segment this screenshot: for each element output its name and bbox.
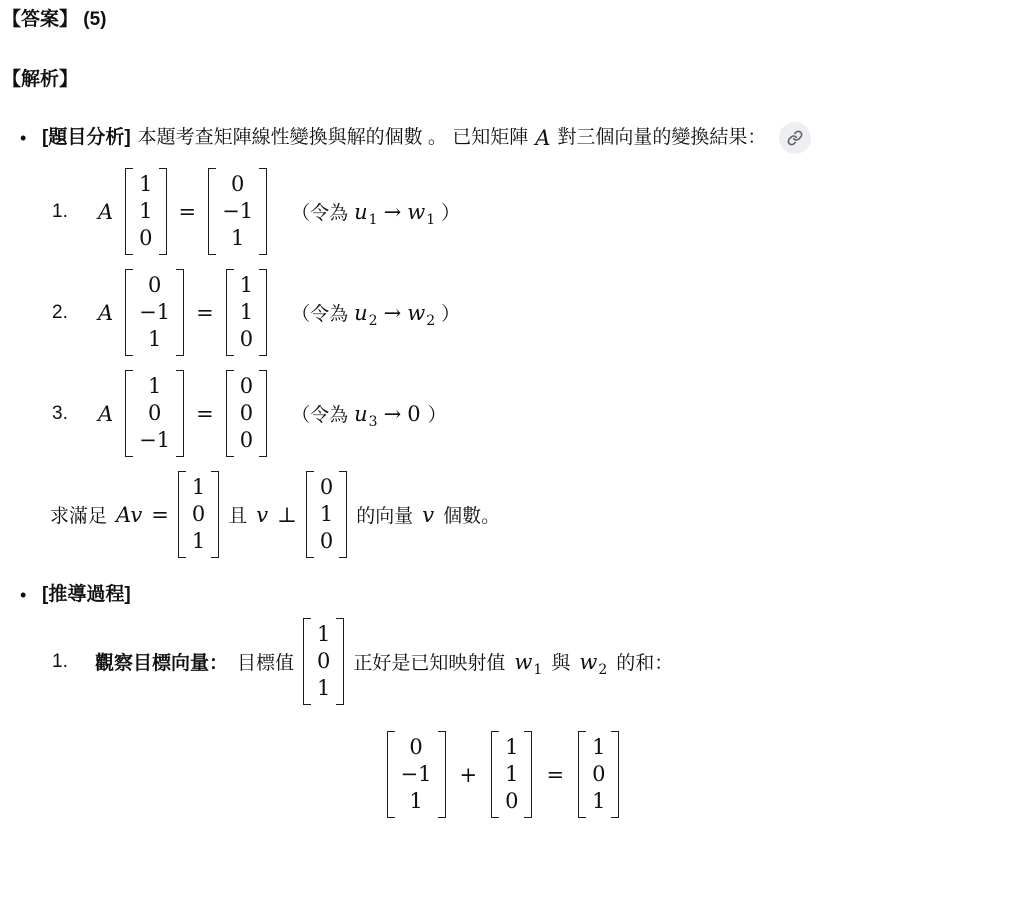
problem-text-1: 求滿足 — [50, 501, 107, 528]
vector-entry: 1 — [592, 788, 605, 815]
w2-vector: 1 1 0 — [491, 731, 532, 818]
vector-entry: 0 — [192, 501, 205, 528]
vector-entry: 0 — [240, 427, 253, 454]
vector-entry: 1 — [148, 326, 161, 353]
mapping-note: （令為 u2 → w2 ） — [291, 299, 460, 326]
vector-entry: 0 — [148, 400, 161, 427]
vector-entry: 1 — [139, 198, 152, 225]
matrix-A-var: A — [98, 200, 113, 224]
vector-entry: 0 — [320, 528, 333, 555]
right-bracket — [336, 618, 344, 705]
vector-entry: 0 — [240, 400, 253, 427]
left-bracket — [226, 269, 234, 356]
vector-entry: 1 — [231, 225, 244, 252]
right-bracket — [211, 471, 219, 558]
vector-entry: 0 — [317, 648, 330, 675]
link-icon — [787, 130, 803, 146]
left-bracket — [125, 269, 133, 356]
step-text-3: 與 — [551, 648, 570, 675]
vector-entry: 1 — [192, 474, 205, 501]
right-bracket — [176, 269, 184, 356]
vector-entry: 0 — [320, 474, 333, 501]
vector-entry: 1 — [320, 501, 333, 528]
vector-entry: 1 — [240, 272, 253, 299]
equals-sign: = — [196, 301, 214, 325]
given-equation-row-1: 1. A 1 1 0 = 0 −1 1 （令為 u1 → w1 ） — [52, 168, 1004, 255]
u-var: u2 — [354, 301, 377, 325]
vector-entry: 1 — [139, 171, 152, 198]
document: 【答案】 (5) 【解析】 • [題目分析] 本題考查矩陣線性變換與解的個數 。… — [0, 0, 1024, 818]
vector-entry: 1 — [505, 734, 518, 761]
note-close: ） — [441, 198, 460, 225]
vector-entry: −1 — [139, 299, 170, 326]
derivation-heading-line: • [推導過程] — [2, 582, 1004, 608]
analysis-heading: 【解析】 — [2, 68, 1004, 92]
derivation-step-1: 1. 觀察目標向量： 目標值 1 0 1 正好是已知映射值 w1 與 w2 的和… — [52, 618, 1004, 705]
sum-equation: 0 −1 1 + 1 1 0 = 1 0 1 — [2, 731, 1004, 818]
input-vector: 1 1 0 — [125, 168, 166, 255]
bullet-icon: • — [20, 582, 35, 608]
step-text-2: 正好是已知映射值 — [353, 648, 505, 675]
w2-var: w2 — [579, 650, 607, 674]
left-bracket — [491, 731, 499, 818]
left-bracket — [178, 471, 186, 558]
vector-entry: 0 — [592, 761, 605, 788]
w1-var: w1 — [514, 650, 542, 674]
Av-expression: Av — [116, 503, 142, 527]
vector-entry: 1 — [148, 373, 161, 400]
result-vector: 1 0 1 — [578, 731, 619, 818]
vector-entry: −1 — [401, 761, 432, 788]
matrix-A-var: A — [98, 301, 113, 325]
left-bracket — [303, 618, 311, 705]
source-link-chip[interactable] — [779, 122, 811, 154]
topic-label: [題目分析] — [42, 125, 131, 151]
right-bracket — [259, 269, 267, 356]
output-vector: 0 −1 1 — [208, 168, 267, 255]
vector-entry: 0 — [148, 272, 161, 299]
note-close: ） — [428, 400, 447, 427]
output-vector: 0 0 0 — [226, 370, 267, 457]
step-text-4: 的和： — [616, 648, 673, 675]
vector-entry: 0 — [240, 373, 253, 400]
mapping-note: （令為 u3 → 0 ） — [291, 400, 446, 427]
vector-entry: 0 — [409, 734, 422, 761]
equals-sign: = — [196, 402, 214, 426]
zero-target: 0 — [407, 402, 421, 426]
left-bracket — [226, 370, 234, 457]
w-var: w1 — [407, 200, 435, 224]
w1-vector: 0 −1 1 — [387, 731, 446, 818]
u-var: u3 — [354, 402, 377, 426]
item-number: 2. — [52, 302, 78, 324]
right-bracket — [159, 168, 167, 255]
matrix-A-var: A — [535, 125, 550, 151]
answer-heading: 【答案】 (5) — [2, 8, 1004, 32]
note-open: （令為 — [291, 400, 348, 427]
vector-entry: 0 — [231, 171, 244, 198]
arrow-icon: → — [384, 402, 402, 426]
v-var: v — [256, 503, 268, 527]
w-var: w2 — [407, 301, 435, 325]
vector-entry: 1 — [317, 675, 330, 702]
left-bracket — [387, 731, 395, 818]
target-vector: 1 0 1 — [303, 618, 344, 705]
right-bracket — [259, 168, 267, 255]
step-bold-label: 觀察目標向量： — [95, 648, 228, 675]
vector-entry: 1 — [409, 788, 422, 815]
note-close: ） — [441, 299, 460, 326]
right-bracket — [438, 731, 446, 818]
problem-text-4: 個數。 — [443, 501, 500, 528]
vector-entry: −1 — [139, 427, 170, 454]
v-var: v — [422, 503, 434, 527]
item-number: 1. — [52, 651, 78, 673]
problem-text-2: 且 — [228, 501, 247, 528]
vector-entry: 1 — [240, 299, 253, 326]
right-bracket — [259, 370, 267, 457]
right-bracket — [611, 731, 619, 818]
mapping-note: （令為 u1 → w1 ） — [291, 198, 460, 225]
input-vector: 1 0 −1 — [125, 370, 184, 457]
item-number: 1. — [52, 201, 78, 223]
topic-text-2: 對三個向量的變換結果： — [557, 125, 766, 151]
given-equation-row-3: 3. A 1 0 −1 = 0 0 0 （令為 u3 → 0 ） — [52, 370, 1004, 457]
equals-sign: = — [179, 200, 197, 224]
output-vector: 1 1 0 — [226, 269, 267, 356]
equals-sign: = — [151, 503, 169, 527]
right-bracket — [339, 471, 347, 558]
vector-entry: 0 — [240, 326, 253, 353]
vector-entry: 1 — [592, 734, 605, 761]
vector-entry: 1 — [317, 621, 330, 648]
right-bracket — [176, 370, 184, 457]
left-bracket — [125, 168, 133, 255]
derivation-label: [推導過程] — [42, 582, 131, 608]
note-open: （令為 — [291, 299, 348, 326]
topic-text-1: 本題考查矩陣線性變換與解的個數 。 已知矩陣 — [138, 125, 529, 151]
problem-statement: 求滿足 Av = 1 0 1 且 v ⊥ 0 1 0 的向量 v 個數。 — [50, 471, 1004, 558]
topic-analysis-line: • [題目分析] 本題考查矩陣線性變換與解的個數 。 已知矩陣 A 對三個向量的… — [2, 122, 1004, 154]
left-bracket — [125, 370, 133, 457]
matrix-A-var: A — [98, 402, 113, 426]
vector-entry: −1 — [222, 198, 253, 225]
vector-entry: 0 — [139, 225, 152, 252]
vector-entry: 1 — [505, 761, 518, 788]
vector-entry: 1 — [192, 528, 205, 555]
perpendicular-icon: ⊥ — [277, 503, 297, 527]
plus-sign: + — [460, 763, 478, 787]
problem-text-3: 的向量 — [356, 501, 413, 528]
vector-entry: 0 — [505, 788, 518, 815]
left-bracket — [208, 168, 216, 255]
arrow-icon: → — [384, 200, 402, 224]
left-bracket — [578, 731, 586, 818]
arrow-icon: → — [384, 301, 402, 325]
bullet-icon: • — [20, 125, 35, 151]
item-number: 3. — [52, 403, 78, 425]
equals-sign: = — [546, 763, 564, 787]
target-vector: 1 0 1 — [178, 471, 219, 558]
given-equation-row-2: 2. A 0 −1 1 = 1 1 0 （令為 u2 → w2 ） — [52, 269, 1004, 356]
step-text-1: 目標值 — [237, 648, 294, 675]
input-vector: 0 −1 1 — [125, 269, 184, 356]
left-bracket — [306, 471, 314, 558]
note-open: （令為 — [291, 198, 348, 225]
right-bracket — [524, 731, 532, 818]
perpendicular-vector: 0 1 0 — [306, 471, 347, 558]
u-var: u1 — [354, 200, 377, 224]
